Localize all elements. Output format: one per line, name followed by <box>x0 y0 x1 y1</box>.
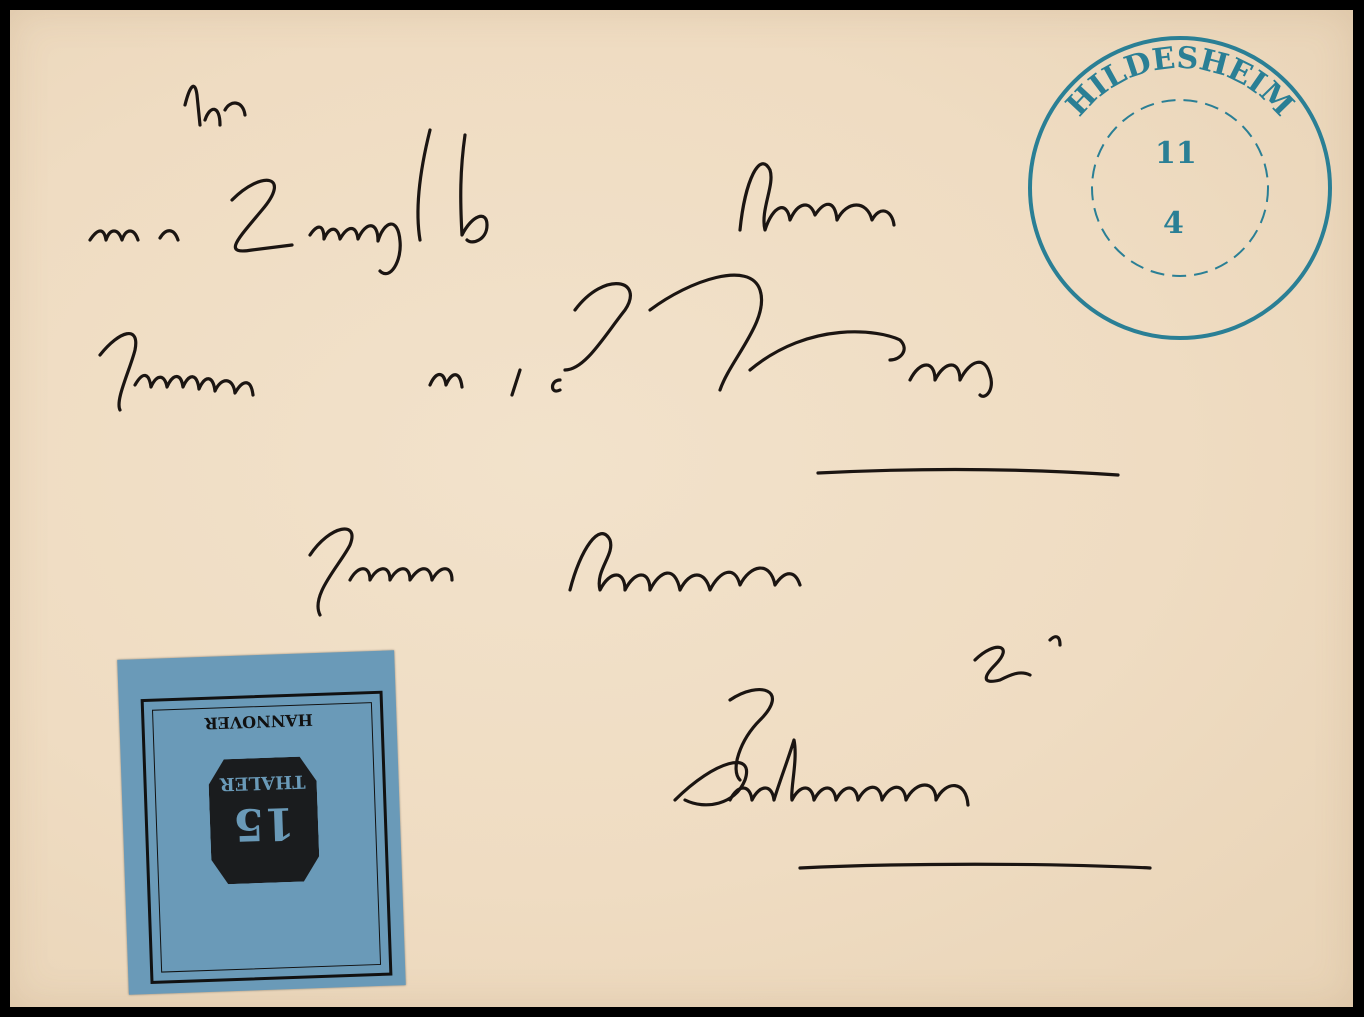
postmark-town: HILDESHEIM <box>1059 41 1300 124</box>
envelope: HILDESHEIM 11 4 HANNOVER THALER 15 <box>10 10 1353 1007</box>
stamp-value: 15 <box>209 796 319 851</box>
postmark-day: 11 <box>1155 136 1197 171</box>
stamp-frame: HANNOVER THALER 15 <box>141 691 393 984</box>
postmark-month: 4 <box>1163 206 1184 241</box>
stamp-country: HANNOVER <box>204 710 313 733</box>
postmark: HILDESHEIM 11 4 <box>1015 18 1345 348</box>
svg-text:HILDESHEIM: HILDESHEIM <box>1059 41 1300 124</box>
stamp-shield: THALER 15 <box>208 756 320 885</box>
postage-stamp: HANNOVER THALER 15 <box>117 650 406 994</box>
stamp-currency: THALER <box>208 770 317 795</box>
